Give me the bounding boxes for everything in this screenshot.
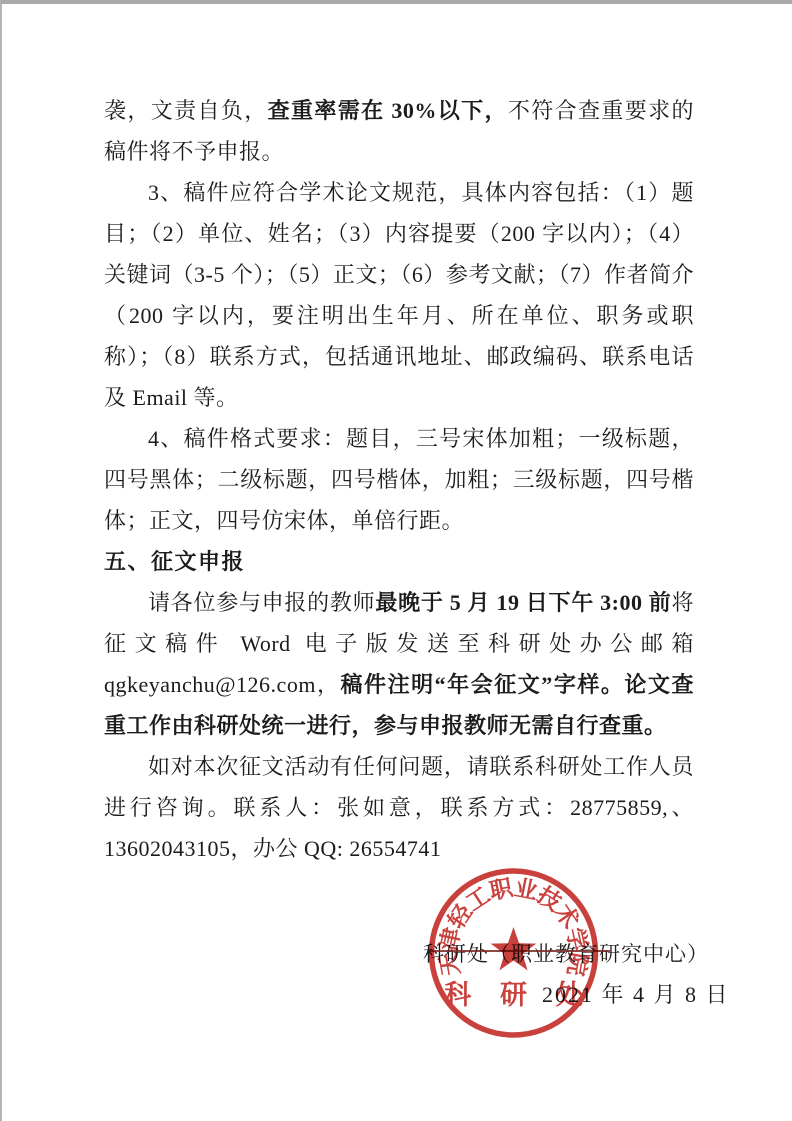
seal-arc-char: 天 [436, 951, 465, 978]
text-segment: 最晚于 5 月 19 日下午 3:00 前 [375, 590, 671, 615]
text-segment: 4、稿件格式要求：题目，三号宋体加粗；一级标题，四号黑体；二级标题，四号楷体，加… [104, 426, 694, 533]
seal-arc-char: 职 [487, 875, 515, 904]
text-segment: 袭，文责自负， [104, 98, 268, 123]
para-item-3-manuscript-standards: 3、稿件应符合学术论文规范，具体内容包括：（1）题目；（2）单位、姓名；（3）内… [104, 172, 694, 418]
para-item-4-format-requirements: 4、稿件格式要求：题目，三号宋体加粗；一级标题，四号黑体；二级标题，四号楷体，加… [104, 418, 694, 541]
star-icon [491, 927, 537, 970]
para-plagiarism-continuation: 袭，文责自负，查重率需在 30%以下，不符合查重要求的稿件将不予申报。 [104, 90, 694, 172]
text-segment: 3、稿件应符合学术论文规范，具体内容包括：（1）题目；（2）单位、姓名；（3）内… [104, 180, 694, 410]
document-body: 袭，文责自负，查重率需在 30%以下，不符合查重要求的稿件将不予申报。3、稿件应… [104, 90, 694, 869]
text-segment: 五、征文申报 [104, 549, 245, 574]
document-page: 袭，文责自负，查重率需在 30%以下，不符合查重要求的稿件将不予申报。3、稿件应… [0, 0, 792, 1121]
heading-section-5: 五、征文申报 [104, 541, 694, 582]
text-segment: 如对本次征文活动有任何问题，请联系科研处工作人员进行咨询。联系人：张如意，联系方… [104, 754, 694, 861]
seal-arc-char: 院 [563, 951, 592, 978]
seal-arc-char: 学 [562, 925, 592, 953]
para-contact-info: 如对本次征文活动有任何问题，请联系科研处工作人员进行咨询。联系人：张如意，联系方… [104, 746, 694, 869]
text-segment: 请各位参与申报的教师 [148, 590, 375, 615]
text-segment: 查重率需在 30%以下， [268, 98, 508, 123]
seal-bottom-text: 科 研 处 [444, 980, 594, 1010]
para-submission-instructions: 请各位参与申报的教师最晚于 5 月 19 日下午 3:00 前将征文稿件 Wor… [104, 582, 694, 746]
official-seal: 天津轻工职业技术学院 科 研 处 [427, 865, 603, 1041]
